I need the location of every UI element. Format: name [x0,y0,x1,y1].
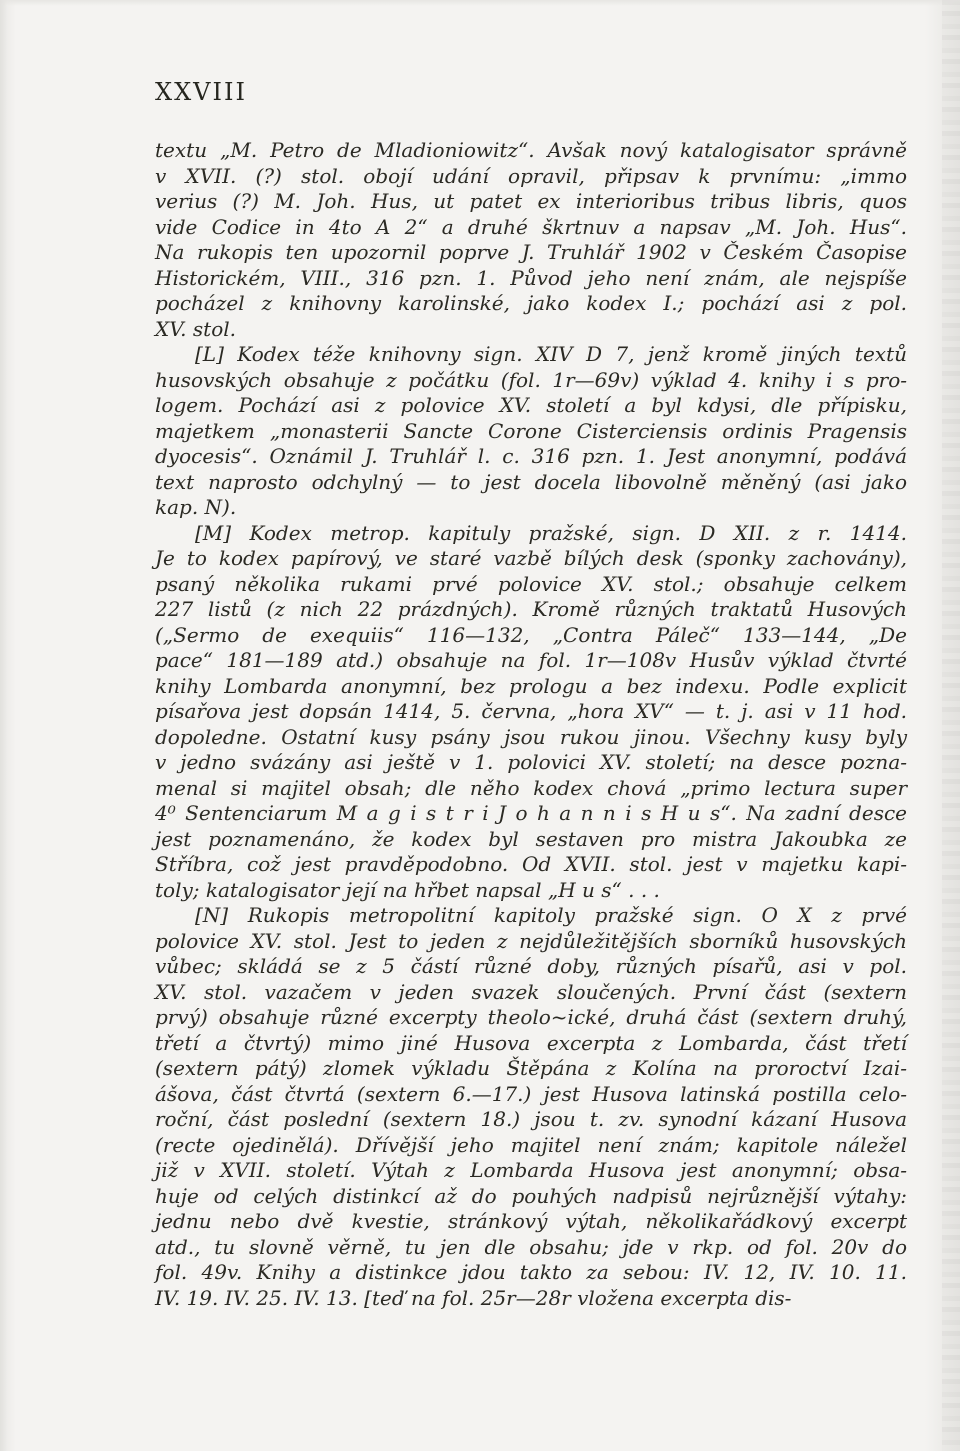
paragraph: textu „M. Petro de Mladioniowitz“. Avšak… [155,138,907,342]
text-line: fol. 49v. Knihy a distinkce jdou takto z… [155,1260,907,1286]
text-line: toly; katalogisator její na hřbet napsal… [155,878,907,904]
scan-edge-right [942,0,960,1451]
text-line: v XVII. (?) stol. obojí udání opravil, p… [155,164,907,190]
text-line: Historickém, VIII., 316 pzn. 1. Původ je… [155,266,907,292]
text-line: 227 listů (z nich 22 prázdných). Kromě r… [155,597,907,623]
page-body: textu „M. Petro de Mladioniowitz“. Avšak… [155,138,907,1311]
text-line: polovice XV. stol. Jest to jeden z nejdů… [155,929,907,955]
scan-edge-top [0,0,960,6]
text-line: dyocesis“. Oznámil J. Truhlář l. c. 316 … [155,444,907,470]
text-line: Na rukopis ten upozornil poprve J. Truhl… [155,240,907,266]
scan-edge-left [0,0,7,1451]
text-line: Stříbra, což jest pravděpodobno. Od XVII… [155,852,907,878]
text-line: (sextern pátý) zlomek výkladu Štěpána z … [155,1056,907,1082]
page-number: XXVIII [155,78,247,106]
text-line: již v XVII. století. Výtah z Lombarda Hu… [155,1158,907,1184]
text-line: v jedno svázány asi ještě v 1. polovici … [155,750,907,776]
text-line: ášova, část čtvrtá (sextern 6.—17.) jest… [155,1082,907,1108]
text-line: písařova jest dopsán 1414, 5. června, „h… [155,699,907,725]
text-line: (recte ojedinělá). Dřívější jeho majitel… [155,1133,907,1159]
text-line: IV. 19. IV. 25. IV. 13. [teď na fol. 25r… [155,1286,907,1312]
text-line: kap. N). [155,495,907,521]
text-line: pace“ 181—189 atd.) obsahuje na fol. 1r—… [155,648,907,674]
text-line: knihy Lombarda anonymní, bez prologu a b… [155,674,907,700]
text-line: jest poznamenáno, že kodex byl sestaven … [155,827,907,853]
text-line: jednu nebo dvě kvestie, stránkový výtah,… [155,1209,907,1235]
text-line: verius (?) M. Joh. Hus, ut patet ex inte… [155,189,907,215]
text-line: [N] Rukopis metropolitní kapitoly pražsk… [155,903,907,929]
text-line: 4⁰ Sentenciarum M a g i s t r i J o h a … [155,801,907,827]
text-line: text naprosto odchylný — to jest docela … [155,470,907,496]
paragraph: [L] Kodex téže knihovny sign. XIV D 7, j… [155,342,907,521]
text-line: majetkem „monasterii Sancte Corone Ciste… [155,419,907,445]
text-line: textu „M. Petro de Mladioniowitz“. Avšak… [155,138,907,164]
text-line: roční, část poslední (sextern 18.) jsou … [155,1107,907,1133]
text-line: husovských obsahuje z počátku (fol. 1r—6… [155,368,907,394]
text-line: [L] Kodex téže knihovny sign. XIV D 7, j… [155,342,907,368]
text-line: („Sermo de exequiis“ 116—132, „Contra Pá… [155,623,907,649]
text-line: XV. stol. [155,317,907,343]
paragraph: [N] Rukopis metropolitní kapitoly pražsk… [155,903,907,1311]
text-line: vůbec; skládá se z 5 částí různé doby, r… [155,954,907,980]
text-line: [M] Kodex metrop. kapituly pražské, sign… [155,521,907,547]
paragraph: [M] Kodex metrop. kapituly pražské, sign… [155,521,907,904]
text-line: XV. stol. vazačem v jeden svazek sloučen… [155,980,907,1006]
text-line: třetí a čtvrtý) mimo jiné Husova excerpt… [155,1031,907,1057]
text-line: prvý) obsahuje různé excerpty theolo~ick… [155,1005,907,1031]
text-line: menal si majitel obsah; dle něho kodex c… [155,776,907,802]
text-line: vide Codice in 4to A 2“ a druhé škrtnuv … [155,215,907,241]
scanned-page: XXVIII textu „M. Petro de Mladioniowitz“… [0,0,960,1451]
text-line: Je to kodex papírový, ve staré vazbě bíl… [155,546,907,572]
text-line: psaný několika rukami prvé polovice XV. … [155,572,907,598]
text-line: huje od celých distinkcí až do pouhých n… [155,1184,907,1210]
text-line: pocházel z knihovny karolinské, jako kod… [155,291,907,317]
text-line: dopoledne. Ostatní kusy psány jsou rukou… [155,725,907,751]
text-line: atd., tu slovně věrně, tu jen dle obsahu… [155,1235,907,1261]
text-line: logem. Pochází asi z polovice XV. stolet… [155,393,907,419]
